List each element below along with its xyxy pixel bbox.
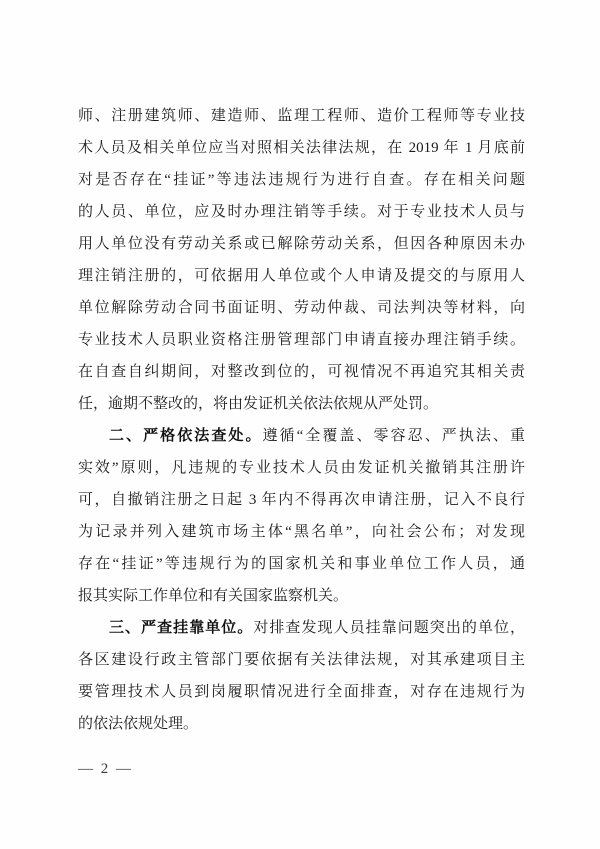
section-line: 二、严格依法查处。遵循“全覆盖、零容忍、严执法、重 [78, 420, 525, 452]
text-line: 为记录并列入建筑市场主体“黑名单”，向社会公布；对发现 [78, 516, 525, 548]
text-line: 专业技术人员职业资格注册管理部门申请直接办理注销手续。 [78, 324, 525, 356]
text-block: 师、注册建筑师、建造师、监理工程师、造价工程师等专业技术人员及相关单位应当对照相… [78, 100, 525, 740]
text-line: 理注销注册的，可依据用人单位或个人申请及提交的与原用人 [78, 260, 525, 292]
text-line: 任，逾期不整改的，将由发证机关依法依规从严处罚。 [78, 388, 525, 420]
text-line: 实效”原则，凡违规的专业技术人员由发证机关撤销其注册许 [78, 452, 525, 484]
text-line: 的人员、单位，应及时办理注销等手续。对于专业技术人员与 [78, 196, 525, 228]
text-line: 对是否存在“挂证”等违法违规行为进行自查。存在相关问题 [78, 164, 525, 196]
text-line: 在自查自纠期间，对整改到位的，可视情况不再追究其相关责 [78, 356, 525, 388]
text-line: 报其实际工作单位和有关国家监察机关。 [78, 580, 525, 612]
text-line: 师、注册建筑师、建造师、监理工程师、造价工程师等专业技 [78, 100, 525, 132]
section-heading: 二、严格依法查处。 [109, 427, 263, 444]
text-line: 存在“挂证”等违规行为的国家机关和事业单位工作人员，通 [78, 548, 525, 580]
text-line: 各区建设行政主管部门要依据有关法律法规，对其承建项目主 [78, 644, 525, 676]
text-line: 用人单位没有劳动关系或已解除劳动关系，但因各种原因未办 [78, 228, 525, 260]
text-line: 术人员及相关单位应当对照相关法律法规，在 2019 年 1 月底前 [78, 132, 525, 164]
document-page: 师、注册建筑师、建造师、监理工程师、造价工程师等专业技术人员及相关单位应当对照相… [0, 0, 600, 849]
text-line: 单位解除劳动合同书面证明、劳动仲裁、司法判决等材料，向 [78, 292, 525, 324]
section-line: 三、严查挂靠单位。对排查发现人员挂靠问题突出的单位， [78, 612, 525, 644]
text-line: 可，自撤销注册之日起 3 年内不得再次申请注册，记入不良行 [78, 484, 525, 516]
page-number: — 2 — [78, 757, 133, 781]
section-heading: 三、严查挂靠单位。 [109, 619, 253, 636]
text-line: 的依法依规处理。 [78, 708, 525, 740]
text-line: 要管理技术人员到岗履职情况进行全面排查，对存在违规行为 [78, 676, 525, 708]
